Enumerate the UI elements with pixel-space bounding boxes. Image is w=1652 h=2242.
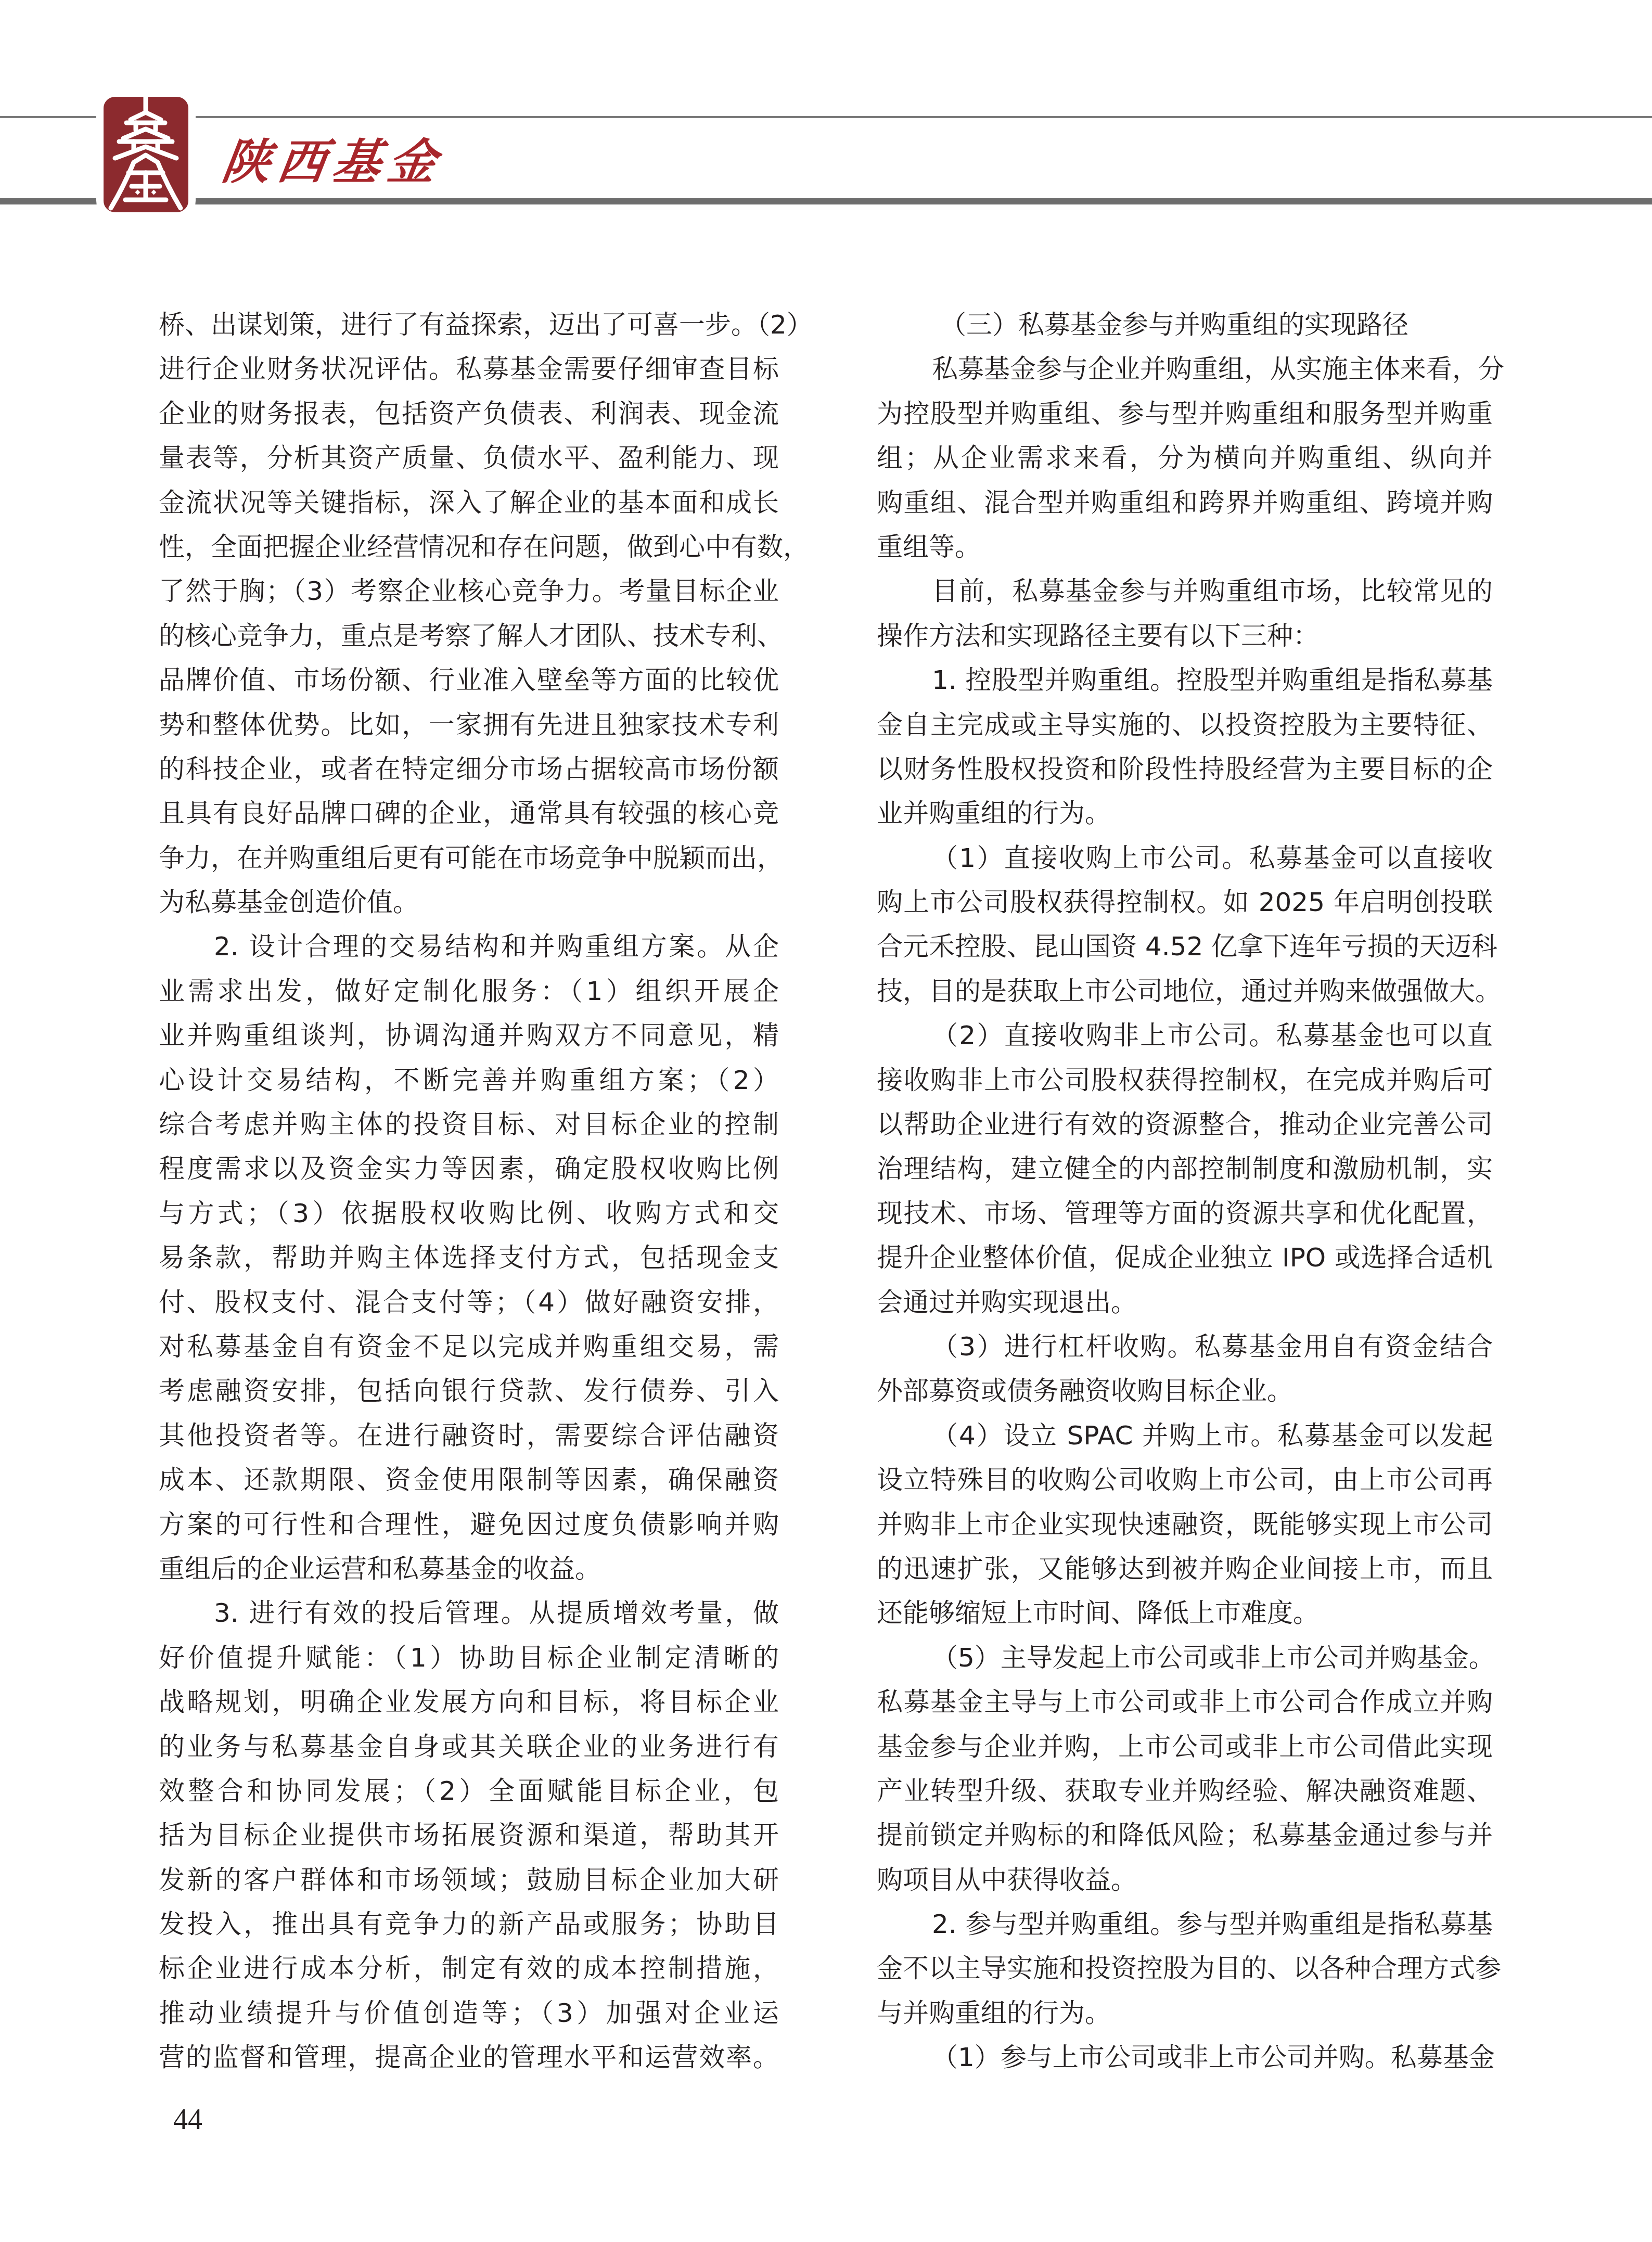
- text-line: 提前锁定并购标的和降低风险；私募基金通过参与并: [877, 1813, 1493, 1857]
- text-line: 易条款，帮助并购主体选择支付方式，包括现金支: [159, 1236, 779, 1280]
- text-line: 金不以主导实施和投资控股为目的、以各种合理方式参: [877, 1946, 1493, 1991]
- text-line: 业并购重组的行为。: [877, 791, 1493, 836]
- text-line: 争力，在并购重组后更有可能在市场竞争中脱颖而出，: [159, 836, 779, 880]
- text-line: 与并购重组的行为。: [877, 1991, 1493, 2035]
- text-line: 的业务与私募基金自身或其关联企业的业务进行有: [159, 1725, 779, 1769]
- text-line: 金自主完成或主导实施的、以投资控股为主要特征、: [877, 703, 1493, 747]
- section-heading: （三）私募基金参与并购重组的实现路径: [877, 303, 1493, 347]
- text-line: 推动业绩提升与价值创造等；（3）加强对企业运: [159, 1991, 779, 2035]
- brand-title: 陕西基金: [217, 123, 449, 201]
- text-line: 提升企业整体价值，促成企业独立 IPO 或选择合适机: [877, 1236, 1493, 1280]
- text-line: 私募基金主导与上市公司或非上市公司合作成立并购: [877, 1680, 1493, 1724]
- text-line: 的科技企业，或者在特定细分市场占据较高市场份额: [159, 747, 779, 791]
- text-line: 1. 控股型并购重组。控股型并购重组是指私募基: [877, 658, 1493, 702]
- text-line: 营的监督和管理，提高企业的管理水平和运营效率。: [159, 2035, 779, 2080]
- text-line: 以财务性股权投资和阶段性持股经营为主要目标的企: [877, 747, 1493, 791]
- text-line: 考虑融资安排，包括向银行贷款、发行债券、引入: [159, 1369, 779, 1413]
- text-line: 购重组、混合型并购重组和跨界并购重组、跨境并购: [877, 481, 1493, 525]
- text-line: 量表等，分析其资产质量、负债水平、盈利能力、现: [159, 436, 779, 480]
- text-line: 性，全面把握企业经营情况和存在问题，做到心中有数，: [159, 525, 779, 569]
- text-line: 合元禾控股、昆山国资 4.52 亿拿下连年亏损的天迈科: [877, 925, 1493, 969]
- text-line: 以帮助企业进行有效的资源整合，推动企业完善公司: [877, 1103, 1493, 1147]
- text-line: 私募基金参与企业并购重组，从实施主体来看，分: [877, 347, 1493, 391]
- text-line: （3）进行杠杆收购。私募基金用自有资金结合: [877, 1325, 1493, 1369]
- text-line: 对私募基金自有资金不足以完成并购重组交易，需: [159, 1325, 779, 1369]
- text-line: 了然于胸；（3）考察企业核心竞争力。考量目标企业: [159, 569, 779, 613]
- text-line: 金流状况等关键指标，深入了解企业的基本面和成长: [159, 481, 779, 525]
- text-line: 进行企业财务状况评估。私募基金需要仔细审查目标: [159, 347, 779, 391]
- text-line: 接收购非上市公司股权获得控制权，在完成并购后可: [877, 1058, 1493, 1103]
- text-line: 为私募基金创造价值。: [159, 880, 779, 925]
- text-line: 标企业进行成本分析，制定有效的成本控制措施，: [159, 1946, 779, 1991]
- text-line: 的迅速扩张，又能够达到被并购企业间接上市，而且: [877, 1547, 1493, 1591]
- text-line: 目前，私募基金参与并购重组市场，比较常见的: [877, 569, 1493, 613]
- header-rule-top-right: [194, 116, 1652, 118]
- text-line: 产业转型升级、获取专业并购经验、解决融资难题、: [877, 1769, 1493, 1813]
- text-line: 会通过并购实现退出。: [877, 1280, 1493, 1325]
- text-line: 外部募资或债务融资收购目标企业。: [877, 1369, 1493, 1413]
- text-line: 桥、出谋划策，进行了有益探索，迈出了可喜一步。（2）: [159, 303, 779, 347]
- text-line: 心设计交易结构，不断完善并购重组方案；（2）: [159, 1058, 779, 1103]
- text-line: 技，目的是获取上市公司地位，通过并购来做强做大。: [877, 969, 1493, 1014]
- text-line: 品牌价值、市场份额、行业准入壁垒等方面的比较优: [159, 658, 779, 702]
- text-line: （1）参与上市公司或非上市公司并购。私募基金: [877, 2035, 1493, 2080]
- text-line: （2）直接收购非上市公司。私募基金也可以直: [877, 1014, 1493, 1058]
- text-line: 方案的可行性和合理性，避免因过度负债影响并购: [159, 1503, 779, 1547]
- text-line: 2. 参与型并购重组。参与型并购重组是指私募基: [877, 1902, 1493, 1946]
- text-line: 还能够缩短上市时间、降低上市难度。: [877, 1591, 1493, 1635]
- text-line: 操作方法和实现路径主要有以下三种：: [877, 614, 1493, 658]
- text-line: 业需求出发，做好定制化服务：（1）组织开展企: [159, 969, 779, 1014]
- pagoda-seal-icon: [104, 97, 188, 212]
- text-line: 综合考虑并购主体的投资目标、对目标企业的控制: [159, 1103, 779, 1147]
- text-line: 效整合和协同发展；（2）全面赋能目标企业，包: [159, 1769, 779, 1813]
- text-line: 购项目从中获得收益。: [877, 1858, 1493, 1902]
- text-line: 基金参与企业并购，上市公司或非上市公司借此实现: [877, 1725, 1493, 1769]
- text-line: 为控股型并购重组、参与型并购重组和服务型并购重: [877, 392, 1493, 436]
- text-line: 发投入，推出具有竞争力的新产品或服务；协助目: [159, 1902, 779, 1946]
- text-line: 势和整体优势。比如，一家拥有先进且独家技术专利: [159, 703, 779, 747]
- text-line: 企业的财务报表，包括资产负债表、利润表、现金流: [159, 392, 779, 436]
- text-line: 括为目标企业提供市场拓展资源和渠道，帮助其开: [159, 1813, 779, 1857]
- text-line: 战略规划，明确企业发展方向和目标，将目标企业: [159, 1680, 779, 1724]
- text-line: 设立特殊目的收购公司收购上市公司，由上市公司再: [877, 1458, 1493, 1502]
- text-line: 重组等。: [877, 525, 1493, 569]
- text-line: 购上市公司股权获得控制权。如 2025 年启明创投联: [877, 880, 1493, 925]
- text-line: （4）设立 SPAC 并购上市。私募基金可以发起: [877, 1414, 1493, 1458]
- text-line: 与方式；（3）依据股权收购比例、收购方式和交: [159, 1192, 779, 1236]
- header-rule-top-left: [0, 116, 98, 118]
- text-line: 业并购重组谈判，协调沟通并购双方不同意见，精: [159, 1014, 779, 1058]
- text-line: 且具有良好品牌口碑的企业，通常具有较强的核心竞: [159, 791, 779, 836]
- text-line: 发新的客户群体和市场领域；鼓励目标企业加大研: [159, 1858, 779, 1902]
- text-line: 治理结构，建立健全的内部控制制度和激励机制，实: [877, 1147, 1493, 1191]
- text-line: 2. 设计合理的交易结构和并购重组方案。从企: [159, 925, 779, 969]
- text-line: 3. 进行有效的投后管理。从提质增效考量，做: [159, 1591, 779, 1635]
- text-line: 组；从企业需求来看，分为横向并购重组、纵向并: [877, 436, 1493, 480]
- left-text-column: 桥、出谋划策，进行了有益探索，迈出了可喜一步。（2）进行企业财务状况评估。私募基…: [159, 303, 779, 2080]
- text-line: 其他投资者等。在进行融资时，需要综合评估融资: [159, 1414, 779, 1458]
- text-line: （5）主导发起上市公司或非上市公司并购基金。: [877, 1636, 1493, 1680]
- right-text-column: （三）私募基金参与并购重组的实现路径私募基金参与企业并购重组，从实施主体来看，分…: [877, 303, 1493, 2080]
- header-rule-bottom-left: [0, 198, 98, 204]
- text-line: 并购非上市企业实现快速融资，既能够实现上市公司: [877, 1503, 1493, 1547]
- text-line: （1）直接收购上市公司。私募基金可以直接收: [877, 836, 1493, 880]
- text-line: 成本、还款期限、资金使用限制等因素，确保融资: [159, 1458, 779, 1502]
- text-line: 的核心竞争力，重点是考察了解人才团队、技术专利、: [159, 614, 779, 658]
- text-line: 好价值提升赋能：（1）协助目标企业制定清晰的: [159, 1636, 779, 1680]
- text-line: 现技术、市场、管理等方面的资源共享和优化配置，: [877, 1192, 1493, 1236]
- page-number: 44: [173, 2104, 202, 2135]
- text-line: 付、股权支付、混合支付等；（4）做好融资安排，: [159, 1280, 779, 1325]
- text-line: 重组后的企业运营和私募基金的收益。: [159, 1547, 779, 1591]
- text-line: 程度需求以及资金实力等因素，确定股权收购比例: [159, 1147, 779, 1191]
